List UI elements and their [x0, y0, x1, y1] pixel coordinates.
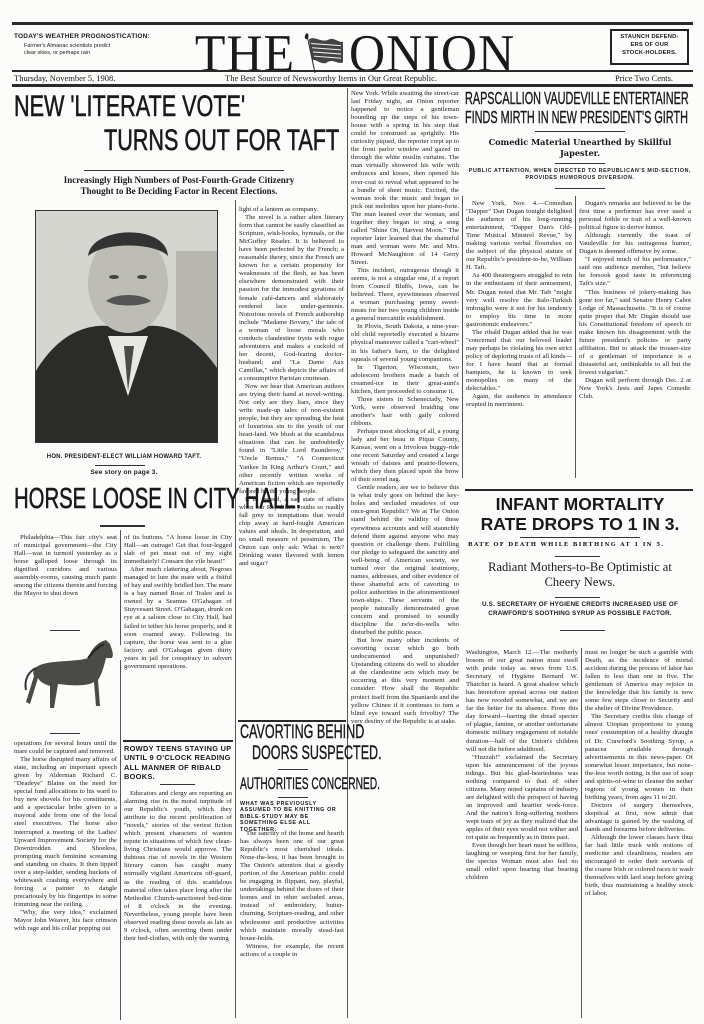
infant-divider-4: [560, 630, 605, 631]
box-line-3: STOCK-HOLDERS.: [612, 48, 687, 58]
horse-paragraph: operations for several hours until the m…: [14, 740, 117, 756]
vaudeville-paragraph: Dugan will perform through Dec. 2 at New…: [579, 377, 691, 401]
vaudeville-headline-line-2: FINDS MIRTH IN NEW PRESIDENT'S GIRTH: [465, 109, 688, 127]
cavorting-col4: New York. While awaiting the street-car …: [351, 90, 459, 726]
vaudeville-header: RAPSCALLION VAUDEVILLE ENTERTAINER FINDS…: [465, 88, 695, 198]
cavorting-col3: The sanctity of the home and hearth has …: [240, 830, 344, 959]
cavorting-paragraph: This incident, outrageous though it seem…: [351, 267, 459, 323]
horse-story-col2: of its buttons. "A horse loose in City H…: [124, 534, 232, 671]
infant-paragraph: Washington, March 12.—The motherly bosom…: [466, 649, 578, 754]
infant-subhead: RATE OF DEATH WHILE BIRTHING AT 1 IN 5.: [468, 542, 696, 548]
vaudeville-deck: Comedic Material Unearthed by Skillful J…: [465, 137, 695, 159]
infant-deck-line-1: Radiant Mothers-to-Be Optimistic at: [465, 560, 695, 575]
vaudeville-divider-3: [555, 188, 605, 189]
cavorting-paragraph: Three sisters in Schenectady, New York, …: [351, 396, 459, 428]
vaudeville-divider-2: [555, 163, 605, 164]
rowdy-top-rule: [123, 740, 233, 742]
horse-paragraph: The horse disrupted many affairs of stat…: [14, 756, 117, 909]
cavorting-paragraph: Gentle readers, are we to believe this i…: [351, 484, 459, 637]
vaudeville-deck-line-1: Comedic Material Unearthed by Skillful: [465, 137, 695, 148]
infant-headline: INFANT MORTALITY RATE DROPS TO 1 IN 3.: [465, 494, 695, 534]
vaudeville-paragraph: Again, the audience in attendance erupte…: [466, 393, 572, 409]
weather-text-2: clear skies, or perhaps rain: [24, 50, 164, 57]
portrait-caption: HON. PRESIDENT-ELECT WILLIAM HOWARD TAFT…: [14, 454, 234, 460]
cavorting-paragraph: In Tigerton, Wisconsin, two adolescent b…: [351, 364, 459, 396]
vaudeville-paragraph: "I enjoyed much of his performance," sai…: [579, 256, 691, 288]
column-separator: [120, 660, 121, 1020]
weather-text-1: Farmer's Almanac scientists predict: [24, 43, 164, 50]
vaudeville-col2: Dugan's remarks are believed to be the f…: [579, 200, 691, 401]
lead-headline-line-2: TURNS OUT FOR TAFT: [104, 126, 339, 156]
taft-portrait: [35, 210, 218, 443]
cavorting-paragraph: New York. While awaiting the street-car …: [351, 90, 459, 267]
vaudeville-paragraph: New York, Nov. 4.—Comedian "Dapper" Dan …: [466, 200, 572, 272]
column-separator: [575, 196, 576, 478]
cavorting-deck: WHAT WAS PREVIOUSLY ASSUMED TO BE KNITTI…: [240, 801, 344, 833]
lead-deck-line-2: Thought to Be Deciding Factor in Recent …: [14, 186, 344, 197]
rowdy-paragraph: Educators and clergy are reporting an al…: [124, 790, 232, 943]
caption-divider: [95, 465, 145, 466]
lead-headline-line-1: NEW 'LITERATE VOTE': [14, 92, 245, 122]
dateline-top-rule: [12, 70, 693, 72]
vaudeville-paragraph: "This business of jokery-making has gone…: [579, 289, 691, 378]
cavorting-divider: [278, 769, 308, 770]
weather-forecast: TODAY'S WEATHER PROGNOSTICATION: Farmer'…: [14, 33, 164, 57]
rowdy-headline: ROWDY TEENS STAYING UP UNTIL 9 O'CLOCK R…: [124, 744, 232, 781]
infant-paragraph: Although the lower classes have thus far…: [585, 834, 693, 898]
issue-date: Thursday, November 5, 1908.: [14, 73, 115, 83]
lead-story-header: NEW 'LITERATE VOTE' TURNS OUT FOR TAFT I…: [14, 90, 344, 200]
cavorting-paragraph: Witness, for example, the recent actions…: [240, 943, 344, 959]
headline-divider: [84, 170, 284, 171]
infant-paragraph: "Huzzah!" exclaimed the Secretary upon h…: [466, 754, 578, 843]
infant-divider-2: [555, 556, 600, 557]
vaudeville-headline-line-1: RAPSCALLION VAUDEVILLE ENTERTAINER: [465, 90, 689, 108]
infant-headline-line-2: RATE DROPS TO 1 IN 3.: [465, 514, 695, 534]
stockholders-box: STAUNCH DEFEND- ERS OF OUR STOCK-HOLDERS…: [610, 29, 689, 65]
infant-deck-line-2: Cheery News.: [465, 575, 695, 590]
cavorting-paragraph: Perhaps most shocking of all, a young la…: [351, 428, 459, 484]
cavorting-paragraph: But how many other incidents of cavortin…: [351, 637, 459, 726]
weather-heading: TODAY'S WEATHER PROGNOSTICATION:: [14, 33, 164, 40]
horse-paragraph: After much clattering about, Negroes man…: [124, 566, 232, 671]
horse-image-divider: [50, 733, 80, 734]
lead-deck-line-1: Increasingly High Numbers of Post-Fourth…: [14, 175, 344, 186]
cavorting-headline-line-3: AUTHORITIES CONCERNED.: [240, 775, 380, 792]
rowdy-divider: [160, 784, 195, 785]
vaudeville-paragraph: As 400 theatergoers struggled to rein in…: [466, 272, 572, 328]
horse-paragraph: "Why, the very idea," exclaimed Mayor Jo…: [14, 909, 117, 933]
rowdy-paragraph: Now we hear that American authors are tr…: [239, 383, 344, 496]
vaudeville-paragraph: Dugan's remarks are believed to be the f…: [579, 200, 691, 232]
rowdy-paragraph: The novel is a rather alien literary for…: [239, 214, 344, 383]
infant-paragraph: must no longer be such a gamble with Dea…: [585, 649, 693, 713]
infant-divider-3: [555, 597, 600, 598]
cavorting-paragraph: The sanctity of the home and hearth has …: [240, 830, 344, 943]
cavorting-divider-2: [278, 797, 308, 798]
vaudeville-paragraph: The ribald Dugan added that he was "conc…: [466, 329, 572, 393]
see-story-link[interactable]: See story on page 3.: [14, 469, 234, 476]
rowdy-paragraph: It is, indeed, a sad state of affairs wh…: [239, 496, 344, 568]
vaudeville-deck-line-2: Japester.: [465, 148, 695, 159]
cavorting-paragraph: In Plovis, South Dakota, a nine-year-old…: [351, 323, 459, 363]
horse-illustration: [18, 636, 118, 728]
portrait-figure-icon: [36, 211, 218, 443]
infant-paragraph: Doctors of surgery themselves, skeptical…: [585, 802, 693, 834]
cavorting-headline-line-1: CAVORTING BEHIND: [240, 723, 364, 742]
rowdy-continued-col: light of a lantern as company. The novel…: [239, 206, 344, 568]
horse-headline-divider: [100, 525, 145, 527]
rowdy-body: Educators and clergy are reporting an al…: [124, 790, 232, 943]
infant-headline-line-1: INFANT MORTALITY: [465, 494, 695, 514]
column-separator: [462, 196, 463, 478]
horse-divider: [50, 630, 80, 631]
vaudeville-paragraph: Although currently the toast of Vaudevil…: [579, 232, 691, 256]
infant-deck: Radiant Mothers-to-Be Optimistic at Chee…: [465, 560, 695, 590]
column-separator: [120, 530, 121, 645]
dateline-bottom-rule: [12, 84, 693, 87]
cavorting-headline-line-2: DOORS SUSPECTED.: [252, 744, 382, 763]
eagle-flag-icon: [301, 31, 345, 73]
horse-paragraph: of its buttons. "A horse loose in City H…: [124, 534, 232, 566]
vaudeville-col1: New York, Nov. 4.—Comedian "Dapper" Dan …: [466, 200, 572, 409]
column-separator: [581, 648, 582, 1018]
infant-col2: must no longer be such a gamble with Dea…: [585, 649, 693, 898]
infant-top-rule: [465, 489, 693, 491]
vaudeville-divider: [535, 131, 625, 132]
vaudeville-subdeck: PUBLIC ATTENTION, WHEN DIRECTED TO REPUB…: [465, 168, 695, 182]
column-separator: [347, 88, 348, 1018]
horse-story-col1-top: Philadelphia—This fair city's seat of mu…: [14, 534, 117, 598]
infant-divider: [520, 537, 640, 538]
infant-paragraph: Even though her heart must be selfless, …: [466, 842, 578, 882]
price: Price Two Cents.: [615, 73, 673, 83]
infant-paragraph: The Secretary credits this change of alm…: [585, 713, 693, 802]
rowdy-paragraph: light of a lantern as company.: [239, 206, 344, 214]
column-separator: [235, 200, 236, 1018]
lead-deck: Increasingly High Numbers of Post-Fourth…: [14, 175, 344, 197]
horse-paragraph: Philadelphia—This fair city's seat of mu…: [14, 534, 117, 598]
tagline: The Best Source of Newsworthy Items in O…: [225, 73, 437, 83]
infant-subdeck: U.S. SECRETARY OF HYGIENE CREDITS INCREA…: [465, 601, 695, 618]
horse-story-col1-bottom: operations for several hours until the m…: [14, 740, 117, 933]
infant-col1: Washington, March 12.—The motherly bosom…: [466, 649, 578, 882]
